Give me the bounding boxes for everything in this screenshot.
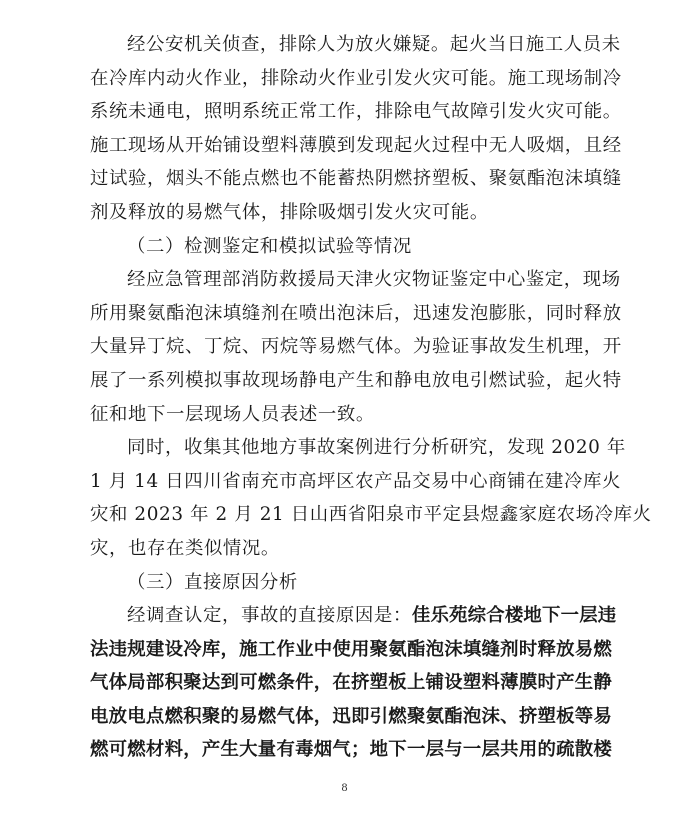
text-line: 在冷库内动火作业，排除动火作业引发火灾可能。施工现场制冷 [90, 62, 612, 96]
bold-text: 佳乐苑综合楼地下一层违 [412, 605, 617, 626]
text-line: 大量异丁烷、丁烷、丙烷等易燃气体。为验证事故发生机理，开 [90, 330, 612, 364]
bold-text-line: 气体局部积聚达到可燃条件，在挤塑板上铺设塑料薄膜时产生静 [90, 666, 612, 700]
bold-text-line: 电放电点燃积聚的易燃气体，迅即引燃聚氨酯泡沫、挤塑板等易 [90, 700, 612, 734]
document-body: 经公安机关侦查，排除人为放火嫌疑。起火当日施工人员未 在冷库内动火作业，排除动火… [90, 28, 612, 767]
paragraph-direct-cause: 经调查认定，事故的直接原因是：佳乐苑综合楼地下一层违 法违规建设冷库，施工作业中… [90, 599, 612, 767]
page-number: 8 [0, 780, 689, 795]
text-line: 系统未通电，照明系统正常工作，排除电气故障引发火灾可能。 [90, 95, 612, 129]
paragraph-investigation: 经公安机关侦查，排除人为放火嫌疑。起火当日施工人员未 在冷库内动火作业，排除动火… [90, 28, 612, 230]
text-line: 灾，也存在类似情况。 [90, 532, 612, 566]
normal-text: 经调查认定，事故的直接原因是： [127, 605, 412, 626]
text-line: 同时，收集其他地方事故案例进行分析研究，发现 2020 年 [90, 431, 612, 465]
text-line: 施工现场从开始铺设塑料薄膜到发现起火过程中无人吸烟，且经 [90, 129, 612, 163]
paragraph-similar-cases: 同时，收集其他地方事故案例进行分析研究，发现 2020 年 1 月 14 日四川… [90, 431, 612, 565]
section-heading-direct-cause: （三）直接原因分析 [90, 566, 612, 600]
text-line: 灾和 2023 年 2 月 21 日山西省阳泉市平定县煜鑫家庭农场冷库火 [90, 498, 612, 532]
bold-text-line: 法违规建设冷库，施工作业中使用聚氨酯泡沫填缝剂时释放易燃 [90, 633, 612, 667]
text-line: 1 月 14 日四川省南充市高坪区农产品交易中心商铺在建冷库火 [90, 465, 612, 499]
section-heading-testing: （二）检测鉴定和模拟试验等情况 [90, 230, 612, 264]
text-line: 经应急管理部消防救援局天津火灾物证鉴定中心鉴定，现场 [90, 263, 612, 297]
text-line: 经公安机关侦查，排除人为放火嫌疑。起火当日施工人员未 [90, 28, 612, 62]
text-line: 剂及释放的易燃气体，排除吸烟引发火灾可能。 [90, 196, 612, 230]
text-line: 展了一系列模拟事故现场静电产生和静电放电引燃试验，起火特 [90, 364, 612, 398]
text-line: 征和地下一层现场人员表述一致。 [90, 398, 612, 432]
paragraph-appraisal: 经应急管理部消防救援局天津火灾物证鉴定中心鉴定，现场 所用聚氨酯泡沫填缝剂在喷出… [90, 263, 612, 431]
text-line: 经调查认定，事故的直接原因是：佳乐苑综合楼地下一层违 [90, 599, 612, 633]
document-page: 经公安机关侦查，排除人为放火嫌疑。起火当日施工人员未 在冷库内动火作业，排除动火… [0, 0, 689, 834]
bold-text-line: 燃可燃材料，产生大量有毒烟气；地下一层与一层共用的疏散楼 [90, 733, 612, 767]
text-line: 过试验，烟头不能点燃也不能蓄热阴燃挤塑板、聚氨酯泡沫填缝 [90, 162, 612, 196]
text-line: 所用聚氨酯泡沫填缝剂在喷出泡沫后，迅速发泡膨胀，同时释放 [90, 297, 612, 331]
